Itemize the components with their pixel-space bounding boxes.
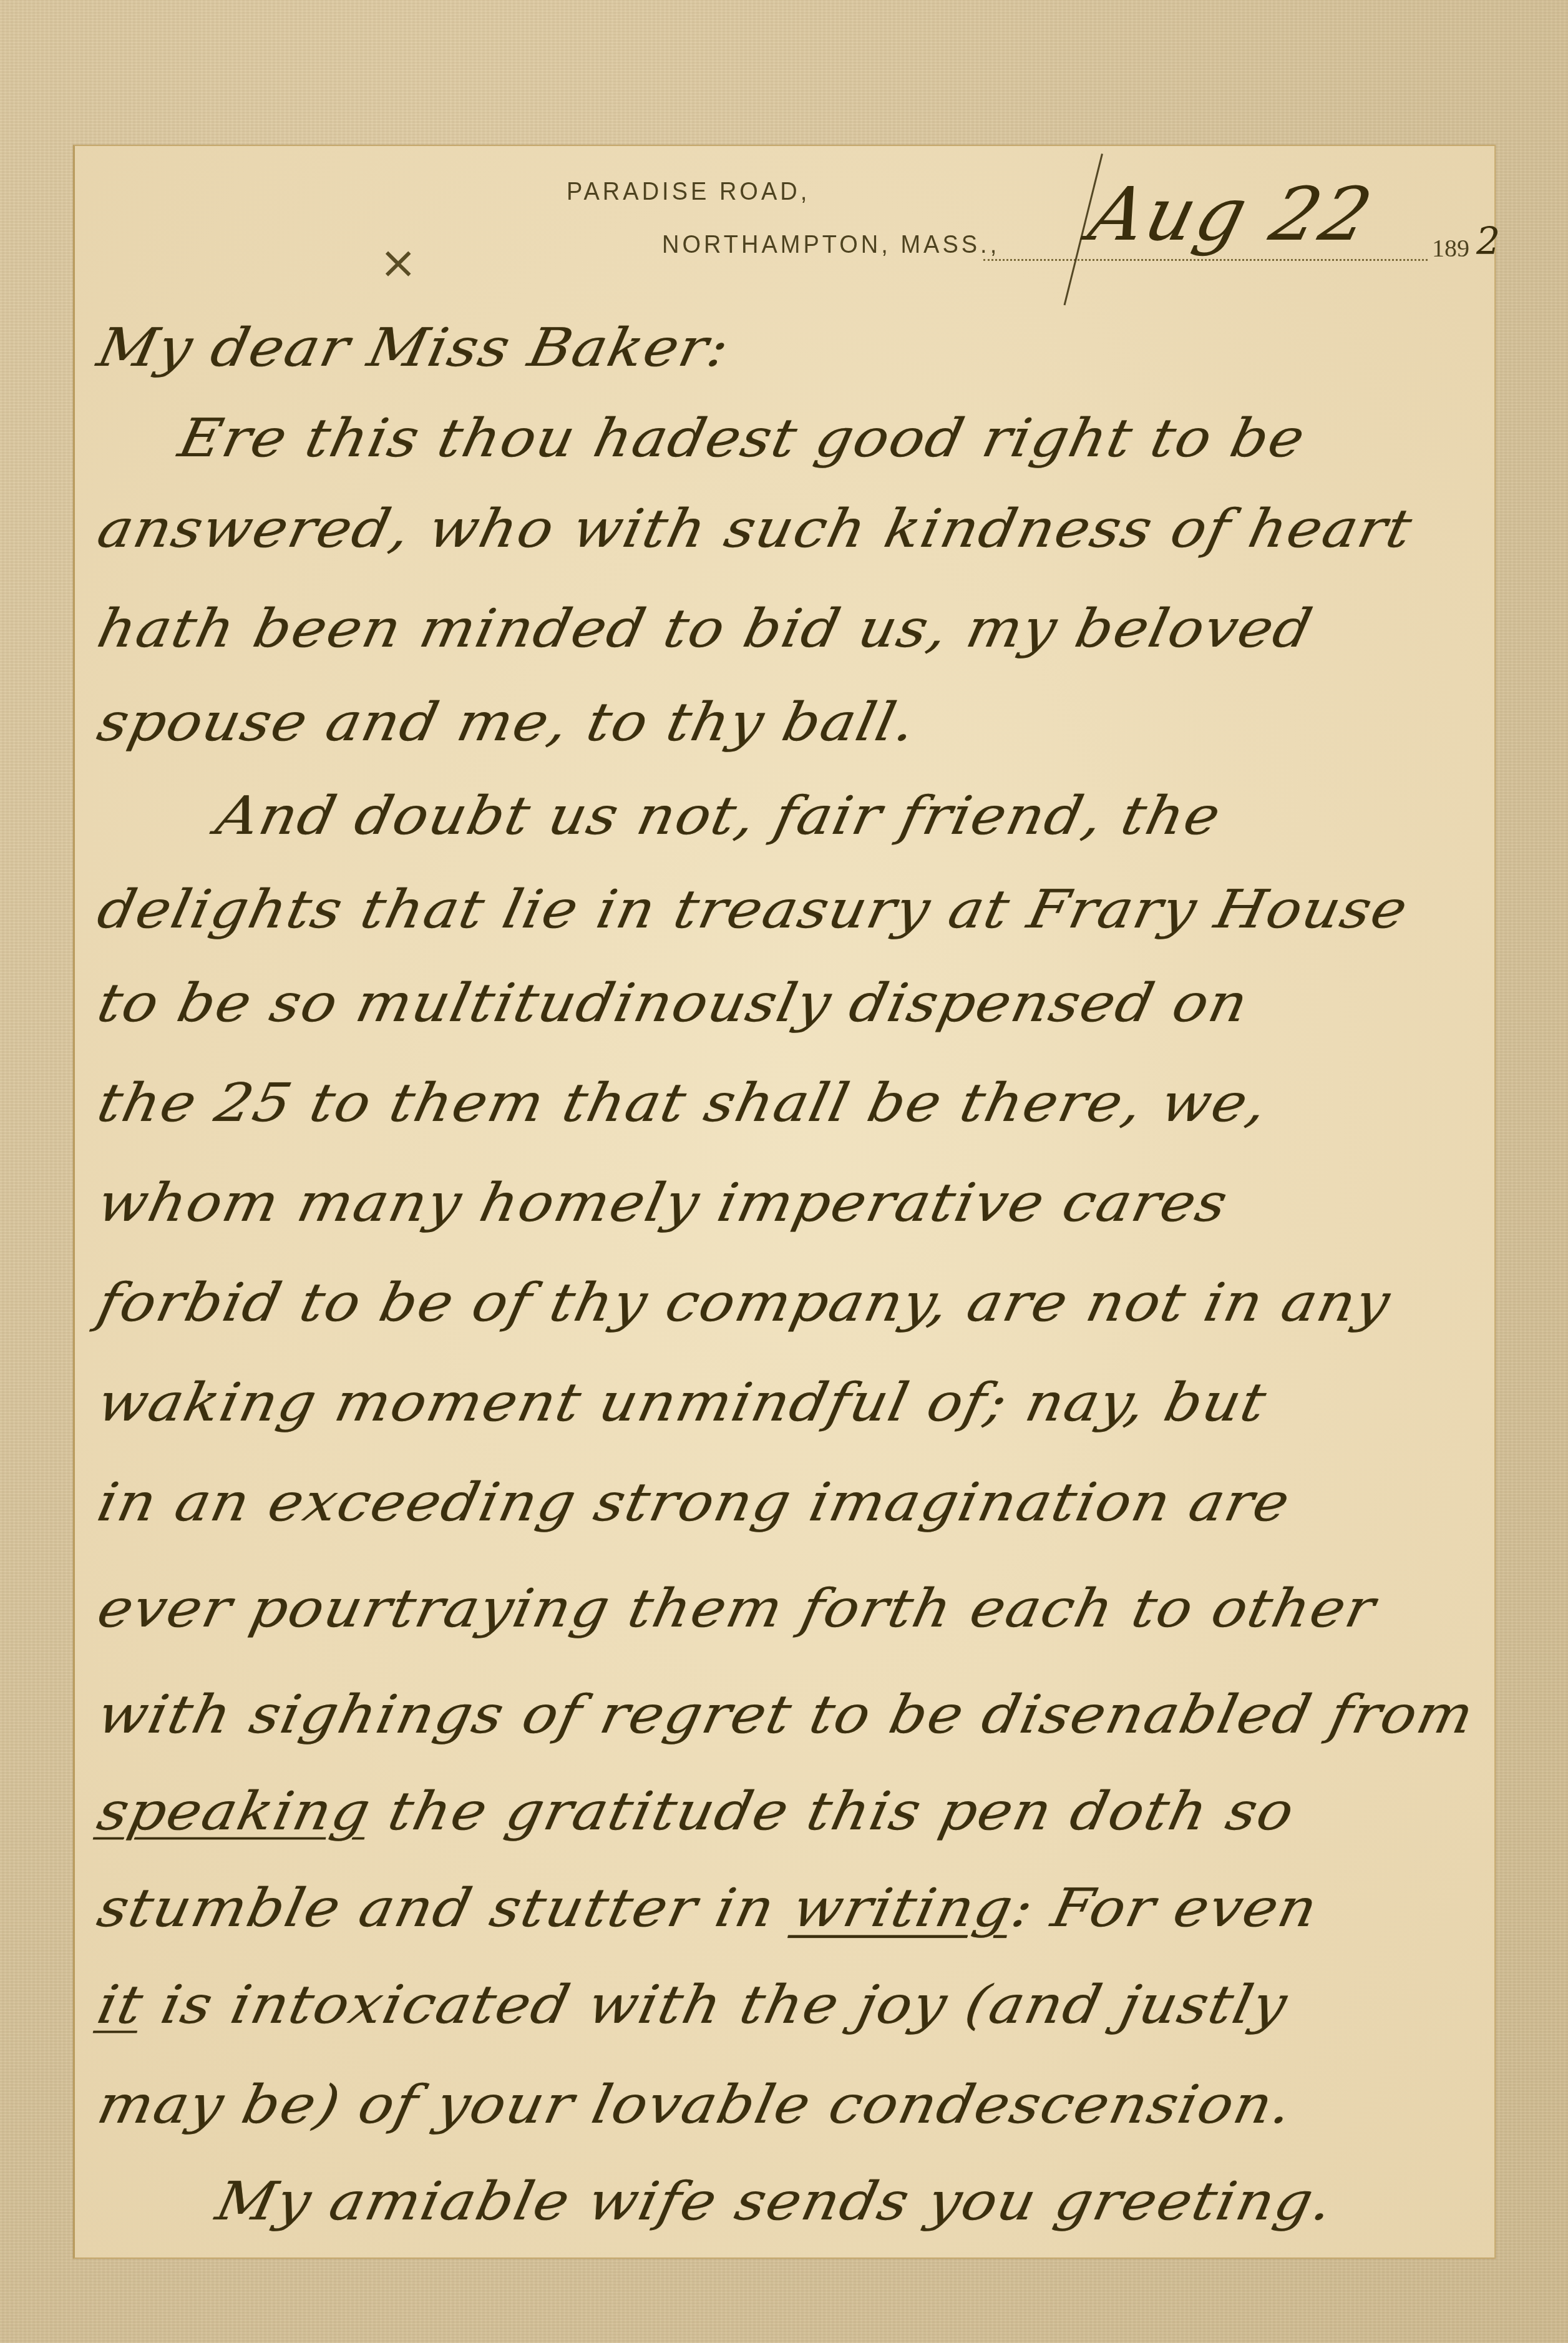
- salutation: My dear Miss Baker:: [92, 317, 736, 378]
- letter-line: speaking the gratitude this pen doth so: [92, 1781, 1300, 1842]
- letter-line: waking moment unmindful of; nay, but: [92, 1372, 1272, 1433]
- margin-x-mark: ×: [379, 240, 417, 285]
- letterhead-city: NORTHAMPTON, MASS.,: [662, 230, 1000, 259]
- letter-line: answered, who with such kindness of hear…: [92, 498, 1418, 559]
- letter-line: spouse and me, to thy ball.: [92, 692, 922, 753]
- letter-line: delights that lie in treasury at Frary H…: [92, 879, 1414, 940]
- letter-line: it is intoxicated with the joy (and just…: [92, 1974, 1293, 2035]
- letter-line: forbid to be of thy company, are not in …: [92, 1272, 1396, 1333]
- line-text: is intoxicated with the joy (and justly: [136, 1974, 1293, 2035]
- handwritten-date: Aug 22: [1081, 171, 1383, 257]
- letter-line: the 25 to them that shall be there, we,: [92, 1072, 1273, 1133]
- letterhead-year-handwritten: 2: [1476, 220, 1500, 263]
- letter-line: My amiable wife sends you greeting.: [211, 2171, 1339, 2232]
- letter-line: hath been minded to bid us, my beloved: [92, 598, 1318, 659]
- underlined-word-writing: writing: [787, 1877, 1020, 1939]
- date-dotted-line: [983, 259, 1428, 261]
- letterhead-year-printed: 189: [1432, 233, 1469, 263]
- line-text: : For even: [1006, 1877, 1324, 1939]
- line-text: the gratitude this pen doth so: [364, 1781, 1300, 1842]
- letter-line: ever pourtraying them forth each to othe…: [92, 1578, 1381, 1639]
- letter-line: may be) of your lovable condescension.: [92, 2074, 1298, 2135]
- letter-line: in an exceeding strong imagination are: [92, 1472, 1296, 1533]
- letter-line: Ere this thou hadest good right to be: [173, 408, 1311, 469]
- letter-line: stumble and stutter in writing: For even: [92, 1877, 1323, 1939]
- letter-line: And doubt us not, fair friend, the: [211, 785, 1227, 846]
- line-text: stumble and stutter in: [92, 1877, 801, 1939]
- letterhead-street: PARADISE ROAD,: [567, 177, 810, 206]
- letter-sheet: × PARADISE ROAD, NORTHAMPTON, MASS., 189…: [73, 145, 1496, 2259]
- letter-line: whom many homely imperative cares: [92, 1172, 1234, 1233]
- letter-line: to be so multitudinously dispensed on: [92, 972, 1254, 1034]
- letter-line: with sighings of regret to be disenabled…: [92, 1684, 1480, 1745]
- underlined-word-speaking: speaking: [92, 1781, 377, 1842]
